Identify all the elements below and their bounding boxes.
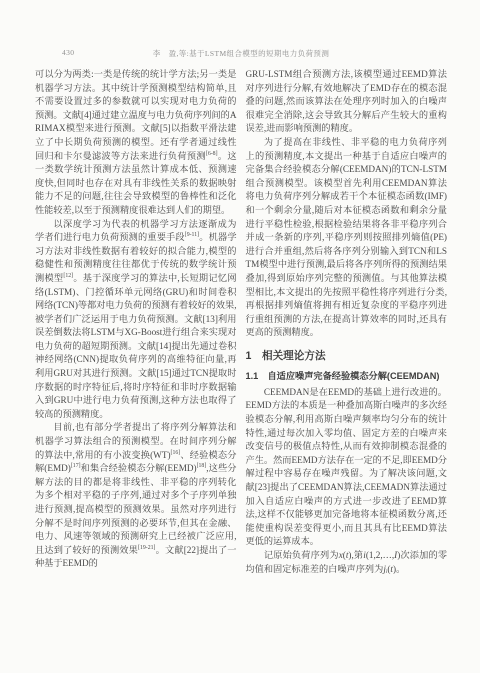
citation-ref: [16] (171, 450, 181, 456)
paragraph: 以深度学习为代表的机器学习方法逐渐成为学者们进行电力负荷预测的重要手段[9-11… (35, 218, 237, 422)
page-header: 430 李 盈,等:基于LSTM组合模型的短期电力负荷预测 (35, 46, 447, 60)
paragraph: 为了提高在非线性、非平稳的电力负荷序列上的预测精度,本文提出一种基于自适应白噪声… (246, 136, 448, 340)
paragraph: CEEMDAN是在EEMD的基础上进行改进的。EEMD方法的本质是一种叠加高斯白… (246, 386, 448, 549)
text-run: ),第 (348, 550, 363, 560)
left-column: 可以分为两类:一类是传统的统计学方法;另一类是机器学习方法。其中统计学预测模型结… (35, 68, 237, 576)
paragraph: 可以分为两类:一类是传统的统计学方法;另一类是机器学习方法。其中统计学预测模型结… (35, 68, 237, 218)
text-run: CEEMDAN是在EEMD的基础上进行改进的。EEMD方法的本质是一种叠加高斯白… (246, 387, 448, 547)
text-run: 记原始负荷序列为 (264, 550, 339, 560)
text-run: (1,2,…, (366, 550, 394, 560)
citation-ref: [18] (197, 463, 207, 469)
section-heading: 1 相关理论方法 (246, 350, 448, 363)
two-column-body: 可以分为两类:一类是传统的统计学方法;另一类是机器学习方法。其中统计学预测模型结… (35, 68, 447, 576)
paper-page: 430 李 盈,等:基于LSTM组合模型的短期电力负荷预测 可以分为两类:一类是… (0, 0, 480, 673)
citation-ref: [17] (71, 463, 81, 469)
text-run: ,这些分解方法的目的都是将非线性、非平稳的序列转化为多个相对平稳的子序列,通过对… (35, 463, 237, 555)
text-run: 。基于深度学习的算法中,长短期记忆网络(LSTM)、门控循环单元网络(GRU)和… (35, 273, 237, 419)
right-column: GRU-LSTM组合预测方法,该模型通过EEMD算法对序列进行分解,有效地解决了… (246, 68, 448, 576)
citation-ref: [9-11] (185, 232, 199, 238)
paragraph: 记原始负荷序列为x(t),第i(1,2,…,I)次添加的零均值和固定标准差的白噪… (246, 549, 448, 576)
citation-ref: [19-21] (138, 545, 155, 551)
text-run: GRU-LSTM组合预测方法,该模型通过EEMD算法对序列进行分解,有效地解决了… (246, 69, 448, 133)
text-run: )。 (393, 564, 405, 574)
text-run: 为了提高在非线性、非平稳的电力负荷序列上的预测精度,本文提出一种基于自适应白噪声… (246, 137, 448, 337)
citation-ref: [6-8] (206, 151, 218, 157)
text-run: 和集合经验模态分解(EEMD) (81, 463, 197, 473)
running-title: 李 盈,等:基于LSTM组合模型的短期电力负荷预测 (35, 48, 447, 59)
citation-ref: [12] (63, 273, 73, 279)
paragraph: 目前,也有部分学者提出了将序列分解算法和机器学习算法组合的预测模型。在时间序列分… (35, 421, 237, 571)
paragraph: GRU-LSTM组合预测方法,该模型通过EEMD算法对序列进行分解,有效地解决了… (246, 68, 448, 136)
subsection-heading: 1.1 自适应噪声完备经验模态分解(CEEMDAN) (246, 370, 448, 383)
text-run: 可以分为两类:一类是传统的统计学方法;另一类是机器学习方法。其中统计学预测模型结… (35, 69, 237, 161)
